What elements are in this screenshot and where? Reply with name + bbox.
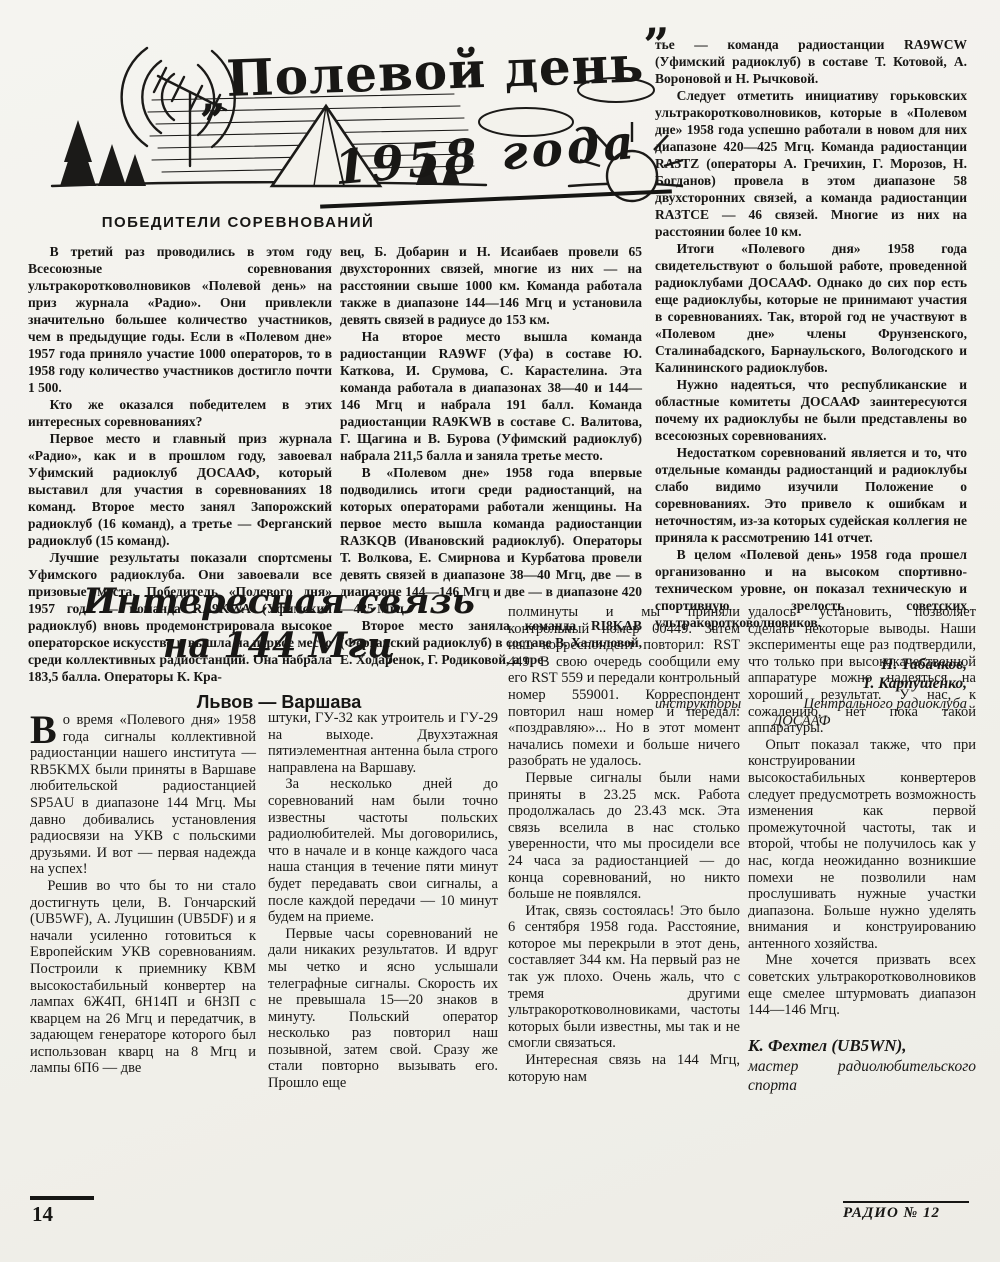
masthead-open-quote: „ <box>199 67 228 122</box>
paragraph-text: о время «Полевого дня» 1958 года сигналы… <box>30 712 256 877</box>
journal-title: РАДИО № 12 <box>843 1205 940 1222</box>
article2-title-line2: на 144 Мгц <box>36 624 522 668</box>
article2-signature: К. Фехтел (UB5WN), мастер радиолюбительс… <box>748 1034 976 1095</box>
article2-column-3: полминуты и мы приняли контрольный номер… <box>508 604 740 1085</box>
paragraph: удалось установить, позволяет сделать не… <box>748 604 976 737</box>
journal-rule <box>843 1201 969 1203</box>
paragraph: Кто же оказался победителем в этих интер… <box>28 396 332 430</box>
paragraph: Недостатком соревнований является и то, … <box>655 444 967 546</box>
masthead: „Полевой день” 1958 года <box>24 34 684 226</box>
paragraph: Первое место и главный приз журнала «Рад… <box>28 430 332 549</box>
paragraph: На второе место вышла команда радиостанц… <box>340 328 642 464</box>
article2-column-1: Во время «Полевого дня» 1958 года сигнал… <box>30 712 256 1077</box>
paragraph: Нужно надеяться, что республиканские и о… <box>655 376 967 444</box>
dropcap: В <box>30 712 63 745</box>
paragraph: Во время «Полевого дня» 1958 года сигнал… <box>30 712 256 878</box>
paragraph: полминуты и мы приняли контрольный номер… <box>508 604 740 770</box>
paragraph: Решив во что бы то ни стало достигнуть ц… <box>30 878 256 1077</box>
page-number: 14 <box>32 1202 53 1227</box>
article2-column-4: удалось установить, позволяет сделать не… <box>748 604 976 1095</box>
author-role: мастер радиолюбительского спорта <box>748 1057 976 1095</box>
paragraph: В третий раз проводились в этом году Все… <box>28 243 332 396</box>
paragraph: вец, Б. Добарин и Н. Исаибаев провели 65… <box>340 243 642 328</box>
author-name: К. Фехтел (UB5WN), <box>748 1034 976 1057</box>
page-number-rule <box>30 1196 94 1200</box>
article1-heading: ПОБЕДИТЕЛИ СОРЕВНОВАНИЙ <box>28 214 448 231</box>
magazine-page: „Полевой день” 1958 года ПОБЕДИТЕЛИ СОРЕ… <box>0 0 1000 1262</box>
paragraph: Мне хочется призвать всех советских ульт… <box>748 952 976 1018</box>
article2-title-line1: Интересная связь <box>36 580 522 624</box>
paragraph: Первые сигналы были нами приняты в 23.25… <box>508 770 740 903</box>
paragraph: тье — команда радиостанции RA9WCW (Уфимс… <box>655 36 967 87</box>
paragraph: Итак, связь состоялась! Это было 6 сентя… <box>508 903 740 1052</box>
article2-header: Интересная связь на 144 Мгц Львов — Варш… <box>36 580 522 713</box>
article2-column-2: штуки, ГУ-32 как утроитель и ГУ-29 на вы… <box>268 710 498 1092</box>
paragraph: Опыт показал также, что при конструирова… <box>748 737 976 953</box>
paragraph: Следует отметить инициативу горьковских … <box>655 87 967 240</box>
paragraph: За несколько дней до соревнований нам бы… <box>268 776 498 925</box>
paragraph: Интересная связь на 144 Мгц, которую нам <box>508 1052 740 1085</box>
paragraph: Итоги «Полевого дня» 1958 года свидетель… <box>655 240 967 376</box>
paragraph: штуки, ГУ-32 как утроитель и ГУ-29 на вы… <box>268 710 498 776</box>
paragraph: Первые часы соревнований не дали никаких… <box>268 926 498 1092</box>
